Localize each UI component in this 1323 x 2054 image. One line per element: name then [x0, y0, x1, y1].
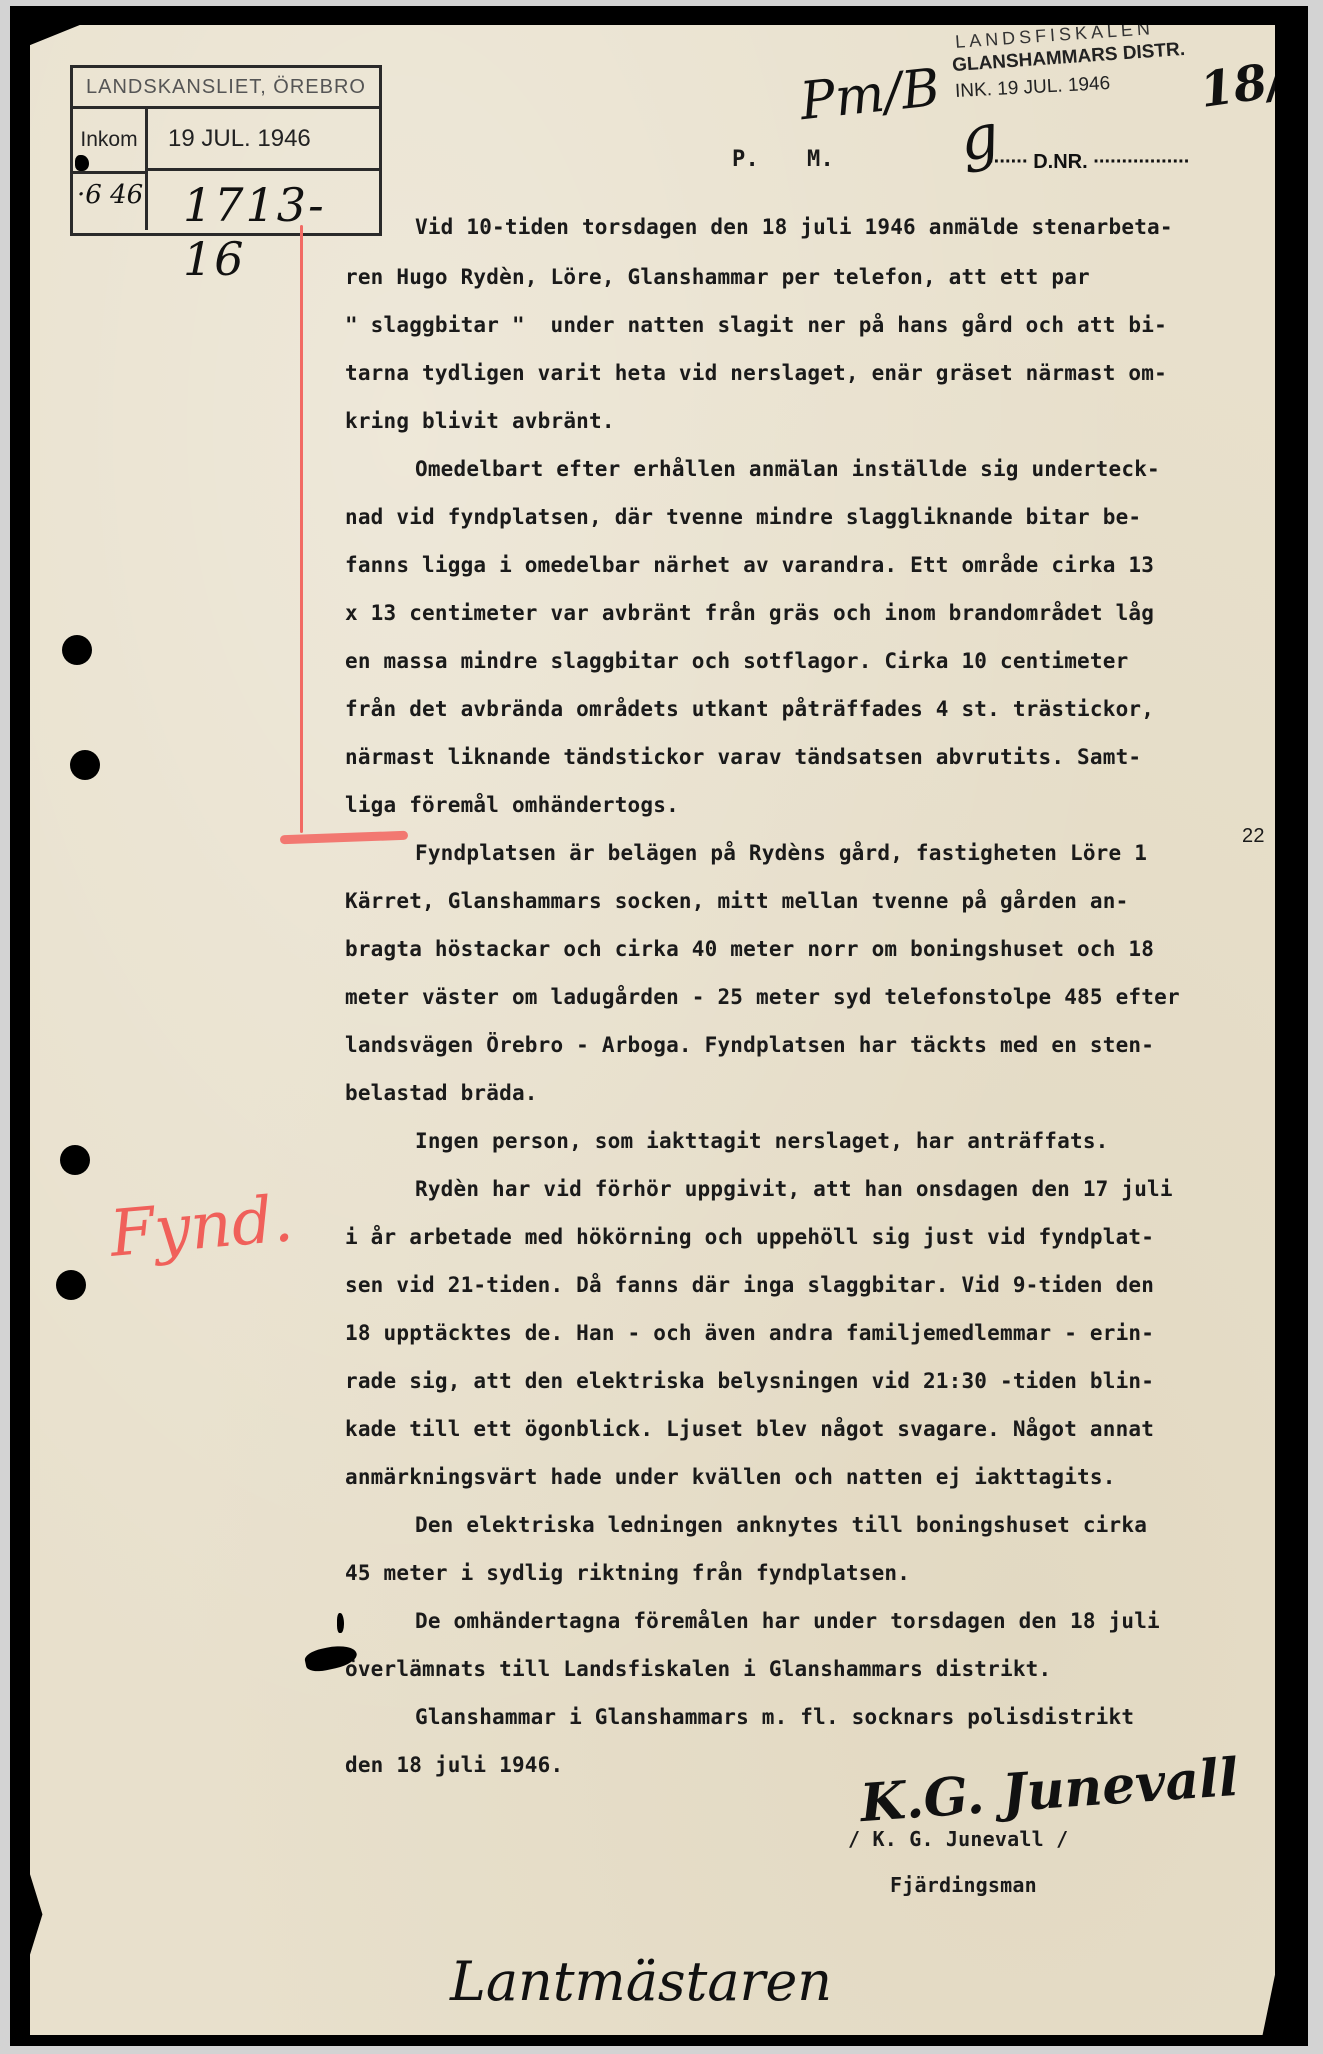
p8-line2: den 18 juli 1946. — [345, 1753, 563, 1777]
p6-line2: 45 meter i sydlig riktning från fyndplat… — [345, 1561, 910, 1585]
stamp-number-cell: ·6 46 — [73, 174, 148, 230]
p3-line2: Kärret, Glanshammars socken, mitt mellan… — [345, 889, 1128, 913]
p3-superscript: 22 — [1242, 825, 1265, 848]
p3-line1: Fyndplatsen är belägen på Rydèns gård, f… — [415, 841, 1147, 865]
red-margin-line — [300, 225, 303, 833]
punch-hole — [70, 750, 100, 780]
p6-line1: Den elektriska ledningen anknytes till b… — [415, 1513, 1147, 1537]
p2-line3: fanns ligga i omedelbar närhet av varand… — [345, 553, 1154, 577]
document-page: LANDSKANSLIET, ÖREBRO Inkom 19 JUL. 1946… — [30, 25, 1275, 2035]
p5-line5: rade sig, att den elektriska belysningen… — [345, 1369, 1154, 1393]
red-margin-note: Fynd. — [107, 1182, 296, 1272]
dnr-field: ······· D.NR. ················· — [988, 151, 1189, 174]
dnr-label: D.NR. — [1033, 151, 1087, 173]
p5-line1: Rydèn har vid förhör uppgivit, att han o… — [415, 1177, 1173, 1201]
p3-line4: meter väster om ladugården - 25 meter sy… — [345, 985, 1180, 1009]
p5-line7: anmärkningsvärt hade under kvällen och n… — [345, 1465, 1116, 1489]
p1-line3: " slaggbitar " under natten slagit ner p… — [345, 313, 1167, 337]
punch-hole — [60, 1145, 90, 1175]
p7-line1: De omhändertagna föremålen har under tor… — [415, 1609, 1160, 1633]
p5-line3: sen vid 21-tiden. Då fanns där inga slag… — [345, 1273, 1154, 1297]
p2-line5: en massa mindre slaggbitar och sotflagor… — [345, 649, 1128, 673]
landsfiskalen-stamp-date: INK. 19 JUL. 1946 — [955, 73, 1111, 103]
p8-line1: Glanshammar i Glanshammars m. fl. sockna… — [415, 1705, 1134, 1729]
p2-line2: nad vid fyndplatsen, där tvenne mindre s… — [345, 505, 1141, 529]
p1-line5: kring blivit avbränt. — [345, 409, 615, 433]
red-margin-stroke — [280, 831, 408, 844]
p7-line2: överlämnats till Landsfiskalen i Glansha… — [345, 1657, 1051, 1681]
heading-m: M. — [807, 147, 834, 172]
p1-line2: ren Hugo Rydèn, Löre, Glanshammar per te… — [345, 265, 1090, 289]
p5-line4: 18 upptäcktes de. Han - och även andra f… — [345, 1321, 1154, 1345]
p2-line1: Omedelbart efter erhållen anmälan instäl… — [415, 457, 1160, 481]
heading-p: P. — [732, 147, 759, 172]
stamp-handwritten-number: ·6 46 — [77, 180, 143, 210]
p2-line7: närmast liknande tändstickor varav tänds… — [345, 745, 1141, 769]
signature-title: Fjärdingsman — [890, 1873, 1037, 1897]
p5-line2: i år arbetade med hökörning och uppehöll… — [345, 1225, 1154, 1249]
ink-mark — [337, 1613, 344, 1633]
p2-line8: liga föremål omhändertogs. — [345, 793, 679, 817]
p1-line1: Vid 10-tiden torsdagen den 18 juli 1946 … — [415, 215, 1173, 239]
p3-line6: belastad bräda. — [345, 1081, 538, 1105]
p2-line6: från det avbrända områdets utkant påträf… — [345, 697, 1154, 721]
handwritten-initials: Pm/B — [797, 58, 943, 132]
p5-line6: kade till ett ögonblick. Ljuset blev någ… — [345, 1417, 1154, 1441]
p1-line4: tarna tydligen varit heta vid nerslaget,… — [345, 361, 1167, 385]
p3-line3: bragta höstackar och cirka 40 meter norr… — [345, 937, 1154, 961]
ink-spot — [75, 155, 89, 171]
punch-hole — [62, 635, 92, 665]
typed-signature-name: / K. G. Junevall / — [848, 1827, 1068, 1851]
p4-line1: Ingen person, som iakttagit nerslaget, h… — [415, 1129, 1109, 1153]
punch-hole — [56, 1270, 86, 1300]
stamp-date: 19 JUL. 1946 — [148, 109, 379, 171]
stamp-title: LANDSKANSLIET, ÖREBRO — [73, 68, 379, 109]
p3-line5: landsvägen Örebro - Arboga. Fyndplatsen … — [345, 1033, 1154, 1057]
p2-line4: x 13 centimeter var avbränt från gräs oc… — [345, 601, 1154, 625]
landskansliet-stamp: LANDSKANSLIET, ÖREBRO Inkom 19 JUL. 1946… — [70, 65, 382, 236]
bottom-handwritten-signature: Lantmästaren — [450, 1950, 832, 2013]
handwritten-signature: K.G. Junevall — [858, 1747, 1240, 1834]
